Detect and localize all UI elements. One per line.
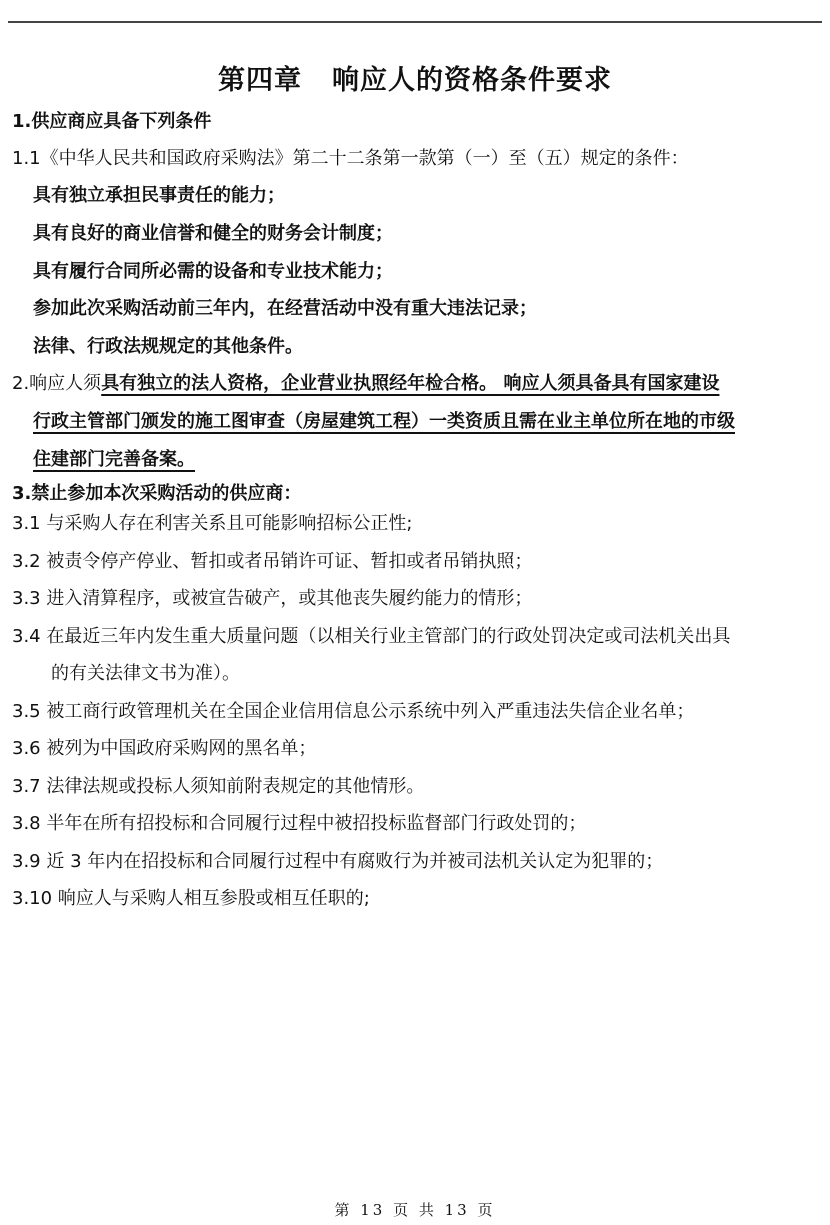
prohibition-item: 3.4 在最近三年内发生重大质量问题（以相关行业主管部门的行政处罚决定或司法机关… <box>12 625 730 649</box>
qualification-requirement: 具有独立的法人资格，企业营业执照经年检合格。 响应人须具备具有国家建设 <box>101 373 719 394</box>
page-number-footer: 第 13 页 共 13 页 <box>0 1199 830 1220</box>
condition-item: 具有履行合同所必需的设备和专业技术能力； <box>33 260 393 284</box>
section-1-1-intro: 1.1《中华人民共和国政府采购法》第二十二条第一款第（一）至（五）规定的条件： <box>12 147 689 171</box>
prohibition-item: 3.9 近 3 年内在招投标和合同履行过程中有腐败行为并被司法机关认定为犯罪的； <box>12 850 663 874</box>
prohibition-item: 3.5 被工商行政管理机关在全国企业信用信息公示系统中列入严重违法失信企业名单； <box>12 700 694 724</box>
section-2-line-2: 行政主管部门颁发的施工图审查（房屋建筑工程）一类资质且需在业主单位所在地的市级 <box>33 410 735 434</box>
prohibition-item: 3.6 被列为中国政府采购网的黑名单； <box>12 737 316 761</box>
condition-item: 法律、行政法规规定的其他条件。 <box>33 335 303 359</box>
prohibition-item-continued: 的有关法律文书为准）。 <box>51 662 240 686</box>
condition-item: 参加此次采购活动前三年内，在经营活动中没有重大违法记录； <box>33 297 537 321</box>
condition-item: 具有独立承担民事责任的能力； <box>33 184 285 208</box>
prohibition-item: 3.8 半年在所有招投标和合同履行过程中被招投标监督部门行政处罚的； <box>12 812 586 836</box>
section-3-heading: 3.禁止参加本次采购活动的供应商： <box>12 482 301 506</box>
prohibition-item: 3.7 法律法规或投标人须知前附表规定的其他情形。 <box>12 775 424 799</box>
section-2-line-3: 住建部门完善备案。 <box>33 448 195 472</box>
page-title: 第四章响应人的资格条件要求 <box>0 58 830 97</box>
chapter-title: 响应人的资格条件要求 <box>332 65 612 96</box>
section-2-line-1: 2.响应人须具有独立的法人资格，企业营业执照经年检合格。 响应人须具备具有国家建… <box>12 372 719 396</box>
section-2-prefix: 2.响应人须 <box>12 373 101 394</box>
prohibition-item: 3.2 被责令停产停业、暂扣或者吊销许可证、暂扣或者吊销执照； <box>12 550 532 574</box>
chapter-number: 第四章 <box>218 65 302 96</box>
condition-item: 具有良好的商业信誉和健全的财务会计制度； <box>33 222 393 246</box>
prohibition-item: 3.1 与采购人存在利害关系且可能影响招标公正性; <box>12 512 412 536</box>
prohibition-item: 3.3 进入清算程序，或被宣告破产，或其他丧失履约能力的情形； <box>12 587 532 611</box>
header-rule <box>8 21 822 23</box>
prohibition-item: 3.10 响应人与采购人相互参股或相互任职的; <box>12 887 370 911</box>
section-1-heading: 1.供应商应具备下列条件 <box>12 110 211 134</box>
